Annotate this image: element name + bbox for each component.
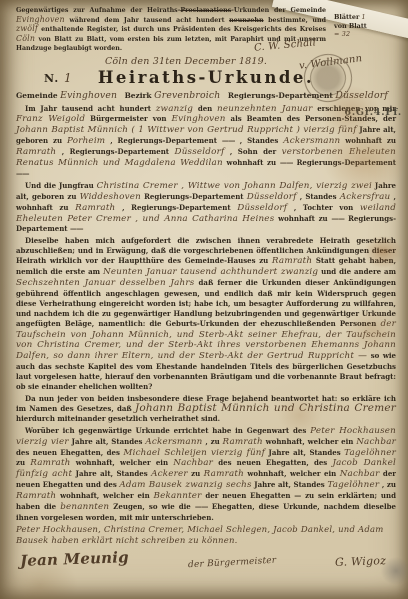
handwritten-text: Tagelöhner	[327, 480, 379, 490]
handwritten-text: Adam Bausek zwanzig sechs	[119, 480, 251, 490]
handwritten-text: Ackerer	[151, 469, 188, 479]
printed-text: Gemeinde	[16, 91, 60, 100]
printed-text: Gegenwärtiges zur Aufnahme der Heiraths-	[16, 7, 180, 14]
handwritten-text: Bekannter	[153, 491, 201, 501]
printed-text: , zu	[203, 437, 223, 446]
document-title: Heiraths-Urkunde.	[98, 68, 314, 87]
handwritten-text: Franz Weigold	[16, 114, 85, 124]
handwritten-text: Johann Baptist Münnich und Christina Cre…	[135, 402, 396, 414]
printed-text: den	[193, 104, 217, 113]
cannot-write-note: Peter Hockhausen, Christina Cremer, Mich…	[16, 525, 396, 547]
handwritten-text: Tagelöhner	[344, 448, 396, 458]
printed-text: -Urkunden der Gemeinde	[231, 7, 326, 14]
handwritten-text: Ramrath	[223, 437, 263, 447]
blank-line: ——	[280, 158, 293, 167]
sheet-count-note: Blätter 1 von Blatt = 32	[334, 7, 396, 54]
printed-text: des neuen Ehegatten, des	[16, 448, 123, 457]
document-page: Gegenwärtiges zur Aufnahme der Heiraths-…	[0, 0, 408, 599]
handwritten-text: Widdeshoven	[80, 192, 141, 202]
printed-text: wohnhaft zu	[340, 136, 396, 145]
paragraph-declaration: Da nun jeder von beiden insbesondere die…	[16, 394, 396, 424]
printed-text: , Regierungs-Departement	[115, 203, 237, 212]
certification-header-row: Gegenwärtiges zur Aufnahme der Heiraths-…	[16, 7, 396, 54]
sheet-fraction-handwriting: = 32	[334, 30, 396, 39]
blank-line: ——	[70, 224, 83, 233]
printed-text: wohnhaft, welcher ein	[244, 469, 340, 478]
handwritten-text: zwanzig	[156, 104, 193, 114]
printed-text: , zu	[379, 480, 396, 489]
printed-text: Regierungs-Departement	[141, 192, 247, 201]
printed-text: wohnhaft zu	[274, 214, 331, 223]
printed-text: Im Jahr tausend acht hundert	[25, 104, 156, 113]
printed-text: , Regierungs-Departement	[56, 147, 174, 156]
handwritten-text: Grevenbroich	[154, 90, 220, 101]
paragraph-bride: Und die Jungfrau Christina Cremer , Witt…	[16, 181, 396, 235]
paragraph-groom: Im Jahr tausend acht hundert zwanzig den…	[16, 104, 396, 179]
printed-text: wohnhaft, welcher ein	[71, 458, 174, 467]
von-blatt-label: von Blatt	[334, 22, 367, 30]
sheet-note-line: Blätter 1	[334, 13, 396, 22]
blank-line: ——	[195, 502, 208, 511]
printed-text: bestimmte, und	[264, 17, 326, 24]
stamp-duty-mark: 6.Gr.4.Pf.	[344, 107, 402, 118]
handwritten-text: Neunten Januar tausend achthundert zwanz…	[103, 267, 318, 277]
record-number: N. 1	[44, 71, 72, 85]
handwritten-text: Evinghoven	[172, 114, 226, 124]
printed-text: Bezirk	[117, 91, 154, 100]
record-number-handwriting: 1	[64, 71, 72, 85]
struck-text: Proclamations	[180, 7, 231, 14]
printed-text: wohnhaft, welcher ein	[263, 437, 356, 446]
printed-text: enthaltende Register, ist durch uns Präs…	[38, 26, 326, 33]
printed-text: zu	[188, 469, 204, 478]
blank-line: ——	[16, 169, 29, 178]
blaetter-label: Blätter	[334, 13, 359, 21]
paragraph-witnesses: Worüber ich gegenwärtige Urkunde erricht…	[16, 426, 396, 523]
printed-text: wohnhaft, welcher ein	[56, 491, 153, 500]
handwritten-text: Ackersfrau	[340, 192, 391, 202]
handwritten-text: Nachbar	[340, 469, 380, 479]
printed-text: Worüber ich gegenwärtige Urkunde erricht…	[25, 426, 310, 435]
printed-text: , Regierungs-Departement	[105, 136, 222, 145]
sheet-count-handwriting: 1	[362, 13, 366, 21]
handwritten-text: Nachbar	[173, 458, 213, 468]
handwritten-text: Nachbar	[356, 437, 396, 447]
printed-text: hierdurch miteinander gesetzlich verheir…	[16, 414, 220, 423]
handwritten-text: Ramrath	[30, 458, 70, 468]
handwritten-text: Sechszehnten Januar desselben Jahrs	[16, 278, 194, 288]
groom-signature: Jean Meunig	[20, 548, 129, 570]
printed-text: Und die Jungfrau	[25, 181, 97, 190]
handwritten-text: Christina Cremer , Wittwe von Johann Dal…	[97, 181, 372, 191]
handwritten-text: Evinghoven	[60, 90, 117, 101]
printed-text: Bürgermeister von	[85, 114, 171, 123]
blank-line: ——	[331, 214, 344, 223]
handwritten-text: Michael Schleijen vierzig fünf	[123, 448, 265, 458]
blank-line: ——	[222, 136, 235, 145]
printed-text: des neuen Ehegatten, des	[213, 458, 332, 467]
printed-text: wohnhaft zu	[223, 158, 280, 167]
printed-text: Jahre alt, Standes	[69, 437, 146, 446]
handwritten-text: Düsseldorf	[237, 203, 287, 213]
handwritten-text: Cöln	[16, 34, 35, 43]
signature-row: Jean Meunig der Bürgermeister G. Wigoz	[16, 547, 396, 568]
printed-text: und die andere am	[318, 267, 396, 276]
handwritten-text: Düsseldorf	[247, 192, 297, 202]
printed-text: , Sohn der	[224, 147, 281, 156]
printed-text: , Tochter von	[287, 203, 360, 212]
printed-text: , Standes	[297, 192, 340, 201]
handwritten-text: Ramrath	[16, 147, 56, 157]
handwritten-text: Ramrath	[16, 491, 56, 501]
handwritten-text: Ramrath	[204, 469, 244, 479]
printed-text: Regierungs-Departement	[293, 158, 396, 167]
handwritten-text: zwölf	[16, 24, 38, 33]
printed-text: Jahre alt, Standes	[252, 480, 328, 489]
printed-text: Jahre alt, Standes	[265, 448, 344, 457]
printed-text: Zeugen, so wie die	[109, 502, 195, 511]
printed-text: Jahre alt, Standes	[72, 469, 151, 478]
sheet-note-line: von Blatt	[334, 22, 396, 31]
struck-text: neunzehn	[229, 17, 263, 24]
handwritten-text: neunzehnten Januar	[217, 104, 313, 114]
printed-text: während dem Jahr tausend acht hundert	[65, 17, 229, 24]
handwritten-text: Ackersmann	[145, 437, 202, 447]
handwritten-text: Evinghoven	[16, 15, 65, 24]
handwritten-text: Ramrath	[75, 203, 115, 213]
officiant-title-handwriting: der Bürgermeister	[187, 556, 276, 571]
handwritten-text: Ramrath	[272, 256, 312, 266]
handwritten-text: Ackersmann	[283, 136, 340, 146]
seal-inner-ring	[308, 58, 349, 99]
handwritten-text: Düsseldorf	[175, 147, 225, 157]
handwritten-text: Johann Baptist Münnich ( 1 Wittwer von G…	[16, 125, 357, 135]
handwritten-text: benannten	[60, 502, 109, 512]
printed-text: zu	[16, 458, 30, 467]
mayor-signature: G. Wigoz	[335, 554, 387, 569]
record-number-label: N.	[44, 72, 59, 85]
paragraph-banns: Dieselbe haben mich aufgefordert die zwi…	[16, 236, 396, 392]
printed-text: , Standes	[235, 136, 283, 145]
handwritten-text: Porheim	[67, 136, 105, 146]
